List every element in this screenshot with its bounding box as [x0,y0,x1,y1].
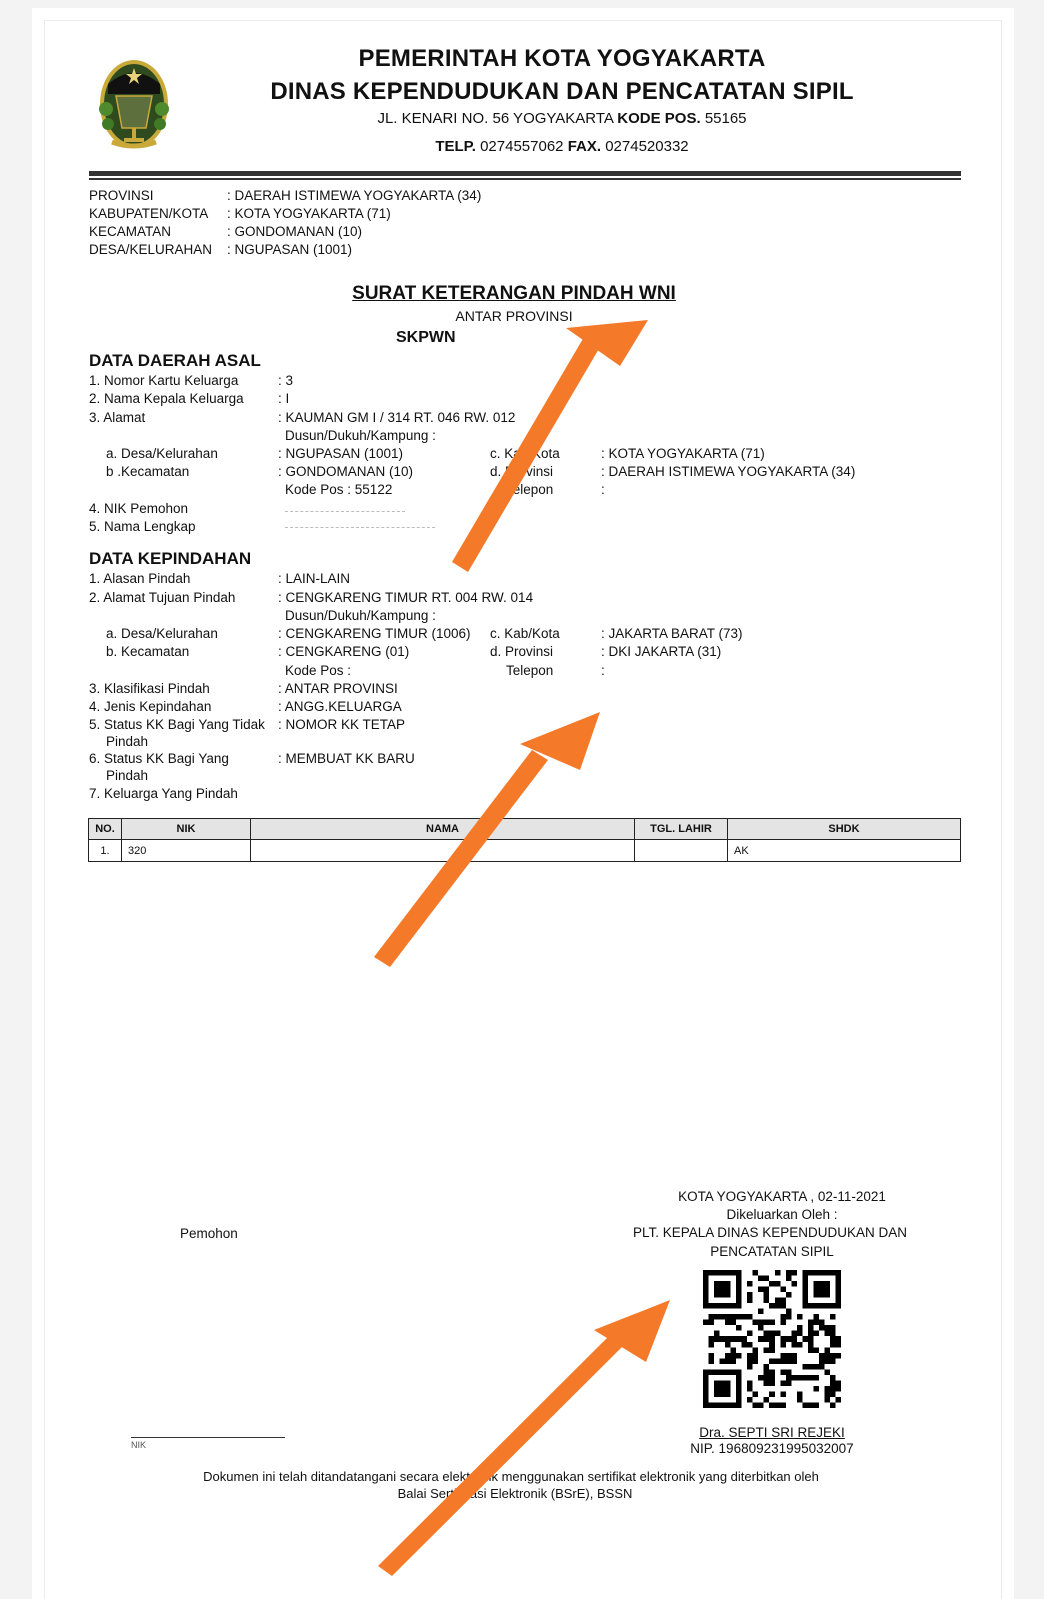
postcode-label: KODE POS. [617,110,700,127]
family-table-header: NO. NIK NAMA TGL. LAHIR SHDK [89,819,961,840]
move-dest-value: : CENGKARENG TIMUR RT. 004 RW. 014 [278,590,533,605]
letterhead-line2: DINAS KEPENDUDUKAN DAN PENCATATAN SIPIL [0,78,1044,106]
document-subtitle: ANTAR PROVINSI [0,308,1028,324]
document-code: SKPWN [396,329,456,347]
origin-kodepos: Kode Pos : 55122 [285,482,392,497]
header-divider-thin [89,178,961,180]
region-label-province: PROVINSI [89,188,154,203]
signer-name: Dra. SEPTI SRI REJEKI [622,1425,922,1440]
origin-kec-value: : GONDOMANAN (10) [278,464,413,479]
origin-head-label: 2. Nama Kepala Keluarga [89,391,244,406]
applicant-nik: NIK [131,1440,146,1450]
col-no: NO. [89,819,122,840]
applicant-label: Pemohon [180,1226,238,1241]
move-status-move-label: 6. Status KK Bagi Yang [89,751,229,766]
move-kab-label: c. Kab/Kota [490,626,560,641]
move-telp-value: : [601,663,605,678]
origin-name-label: 5. Nama Lengkap [89,519,196,534]
move-type-value: : ANGG.KELUARGA [278,699,402,714]
origin-address-value: : KAUMAN GM I / 314 RT. 046 RW. 012 [278,410,515,425]
cell-tgl-lahir [635,840,728,862]
move-type-label: 4. Jenis Kepindahan [89,699,211,714]
family-table: NO. NIK NAMA TGL. LAHIR SHDK 1. 320 AK [88,818,961,862]
move-dusun: Dusun/Dukuh/Kampung : [285,608,436,623]
move-prov-label: d. Provinsi [490,644,553,659]
telp-label: TELP. [435,138,476,155]
move-status-move-label2: Pindah [106,768,148,783]
move-kab-value: : JAKARTA BARAT (73) [601,626,743,641]
document-title: SURAT KETERANGAN PINDAH WNI [0,283,1028,305]
origin-dusun: Dusun/Dukuh/Kampung : [285,428,436,443]
origin-address-label: 3. Alamat [89,410,145,425]
table-row: 1. 320 AK [89,840,961,862]
sign-issued-by: Dikeluarkan Oleh : [632,1207,932,1222]
origin-kec-label: b .Kecamatan [106,464,189,479]
move-heading: DATA KEPINDAHAN [89,549,251,569]
move-prov-value: : DKI JAKARTA (31) [601,644,721,659]
origin-telp-value: : [601,482,605,497]
origin-kab-label: c. Kab/Kota [490,446,560,461]
move-reason-value: : LAIN-LAIN [278,571,350,586]
move-desa-label: a. Desa/Kelurahan [106,626,218,641]
move-kec-label: b. Kecamatan [106,644,189,659]
move-status-stay-label2: Pindah [106,734,148,749]
origin-kk-value: : 3 [278,373,293,388]
footer-line-2: Balai Sertifikasi Elektronik (BSrE), BSS… [0,1486,1030,1501]
origin-prov-label: d. Provinsi [490,464,553,479]
origin-nik-label: 4. NIK Pemohon [89,501,188,516]
move-status-stay-value: : NOMOR KK TETAP [278,717,405,732]
letterhead-contact: TELP. 0274557062 FAX. 0274520332 [0,138,1044,155]
move-dest-label: 2. Alamat Tujuan Pindah [89,590,235,605]
move-family-label: 7. Keluarga Yang Pindah [89,786,238,801]
origin-telp-label: Telepon [506,482,553,497]
col-nama: NAMA [251,819,635,840]
col-shdk: SHDK [728,819,961,840]
region-label-regency: KABUPATEN/KOTA [89,206,208,221]
cell-nik: 320 [122,840,251,862]
region-value-province: : DAERAH ISTIMEWA YOGYAKARTA (34) [227,188,481,203]
fax-label: FAX. [568,138,601,155]
move-desa-value: : CENGKARENG TIMUR (1006) [278,626,471,641]
signer-nip: NIP. 196809231995032007 [622,1441,922,1456]
move-reason-label: 1. Alasan Pindah [89,571,190,586]
region-label-village: DESA/KELURAHAN [89,242,212,257]
move-class-label: 3. Klasifikasi Pindah [89,681,210,696]
move-telp-label: Telepon [506,663,553,678]
col-nik: NIK [122,819,251,840]
origin-desa-label: a. Desa/Kelurahan [106,446,218,461]
move-status-stay-label: 5. Status KK Bagi Yang Tidak [89,717,265,732]
origin-head-value: : I [278,391,289,406]
letterhead-line1: PEMERINTAH KOTA YOGYAKARTA [0,45,1044,73]
origin-kab-value: : KOTA YOGYAKARTA (71) [601,446,765,461]
applicant-signature-line [131,1437,285,1438]
cell-no: 1. [89,840,122,862]
telp-value: 0274557062 [480,138,563,155]
postcode-value: 55165 [705,110,747,127]
letterhead-address: JL. KENARI NO. 56 YOGYAKARTA KODE POS. 5… [0,110,1044,127]
move-kec-value: : CENGKARENG (01) [278,644,409,659]
region-value-village: : NGUPASAN (1001) [227,242,352,257]
sign-place-date: KOTA YOGYAKARTA , 02-11-2021 [632,1189,932,1204]
sign-position-1: PLT. KEPALA DINAS KEPENDUDUKAN DAN [620,1225,920,1240]
address-text: JL. KENARI NO. 56 YOGYAKARTA [377,110,613,127]
col-tgl-lahir: TGL. LAHIR [635,819,728,840]
fax-value: 0274520332 [605,138,688,155]
move-status-move-value: : MEMBUAT KK BARU [278,751,415,766]
cell-shdk: AK [728,840,961,862]
origin-desa-value: : NGUPASAN (1001) [278,446,403,461]
move-kodepos: Kode Pos : [285,663,351,678]
origin-heading: DATA DAERAH ASAL [89,351,261,371]
cell-nama [251,840,635,862]
region-label-district: KECAMATAN [89,224,171,239]
footer-line-1: Dokumen ini telah ditandatangani secara … [0,1469,1022,1484]
header-divider-thick [89,171,961,176]
region-value-district: : GONDOMANAN (10) [227,224,362,239]
origin-kk-label: 1. Nomor Kartu Keluarga [89,373,238,388]
origin-prov-value: : DAERAH ISTIMEWA YOGYAKARTA (34) [601,464,855,479]
move-class-value: : ANTAR PROVINSI [278,681,398,696]
redacted-nik [285,511,405,512]
qr-code-icon [692,1270,852,1408]
redacted-name [285,527,435,528]
region-value-regency: : KOTA YOGYAKARTA (71) [227,206,391,221]
sign-position-2: PENCATATAN SIPIL [622,1244,922,1259]
